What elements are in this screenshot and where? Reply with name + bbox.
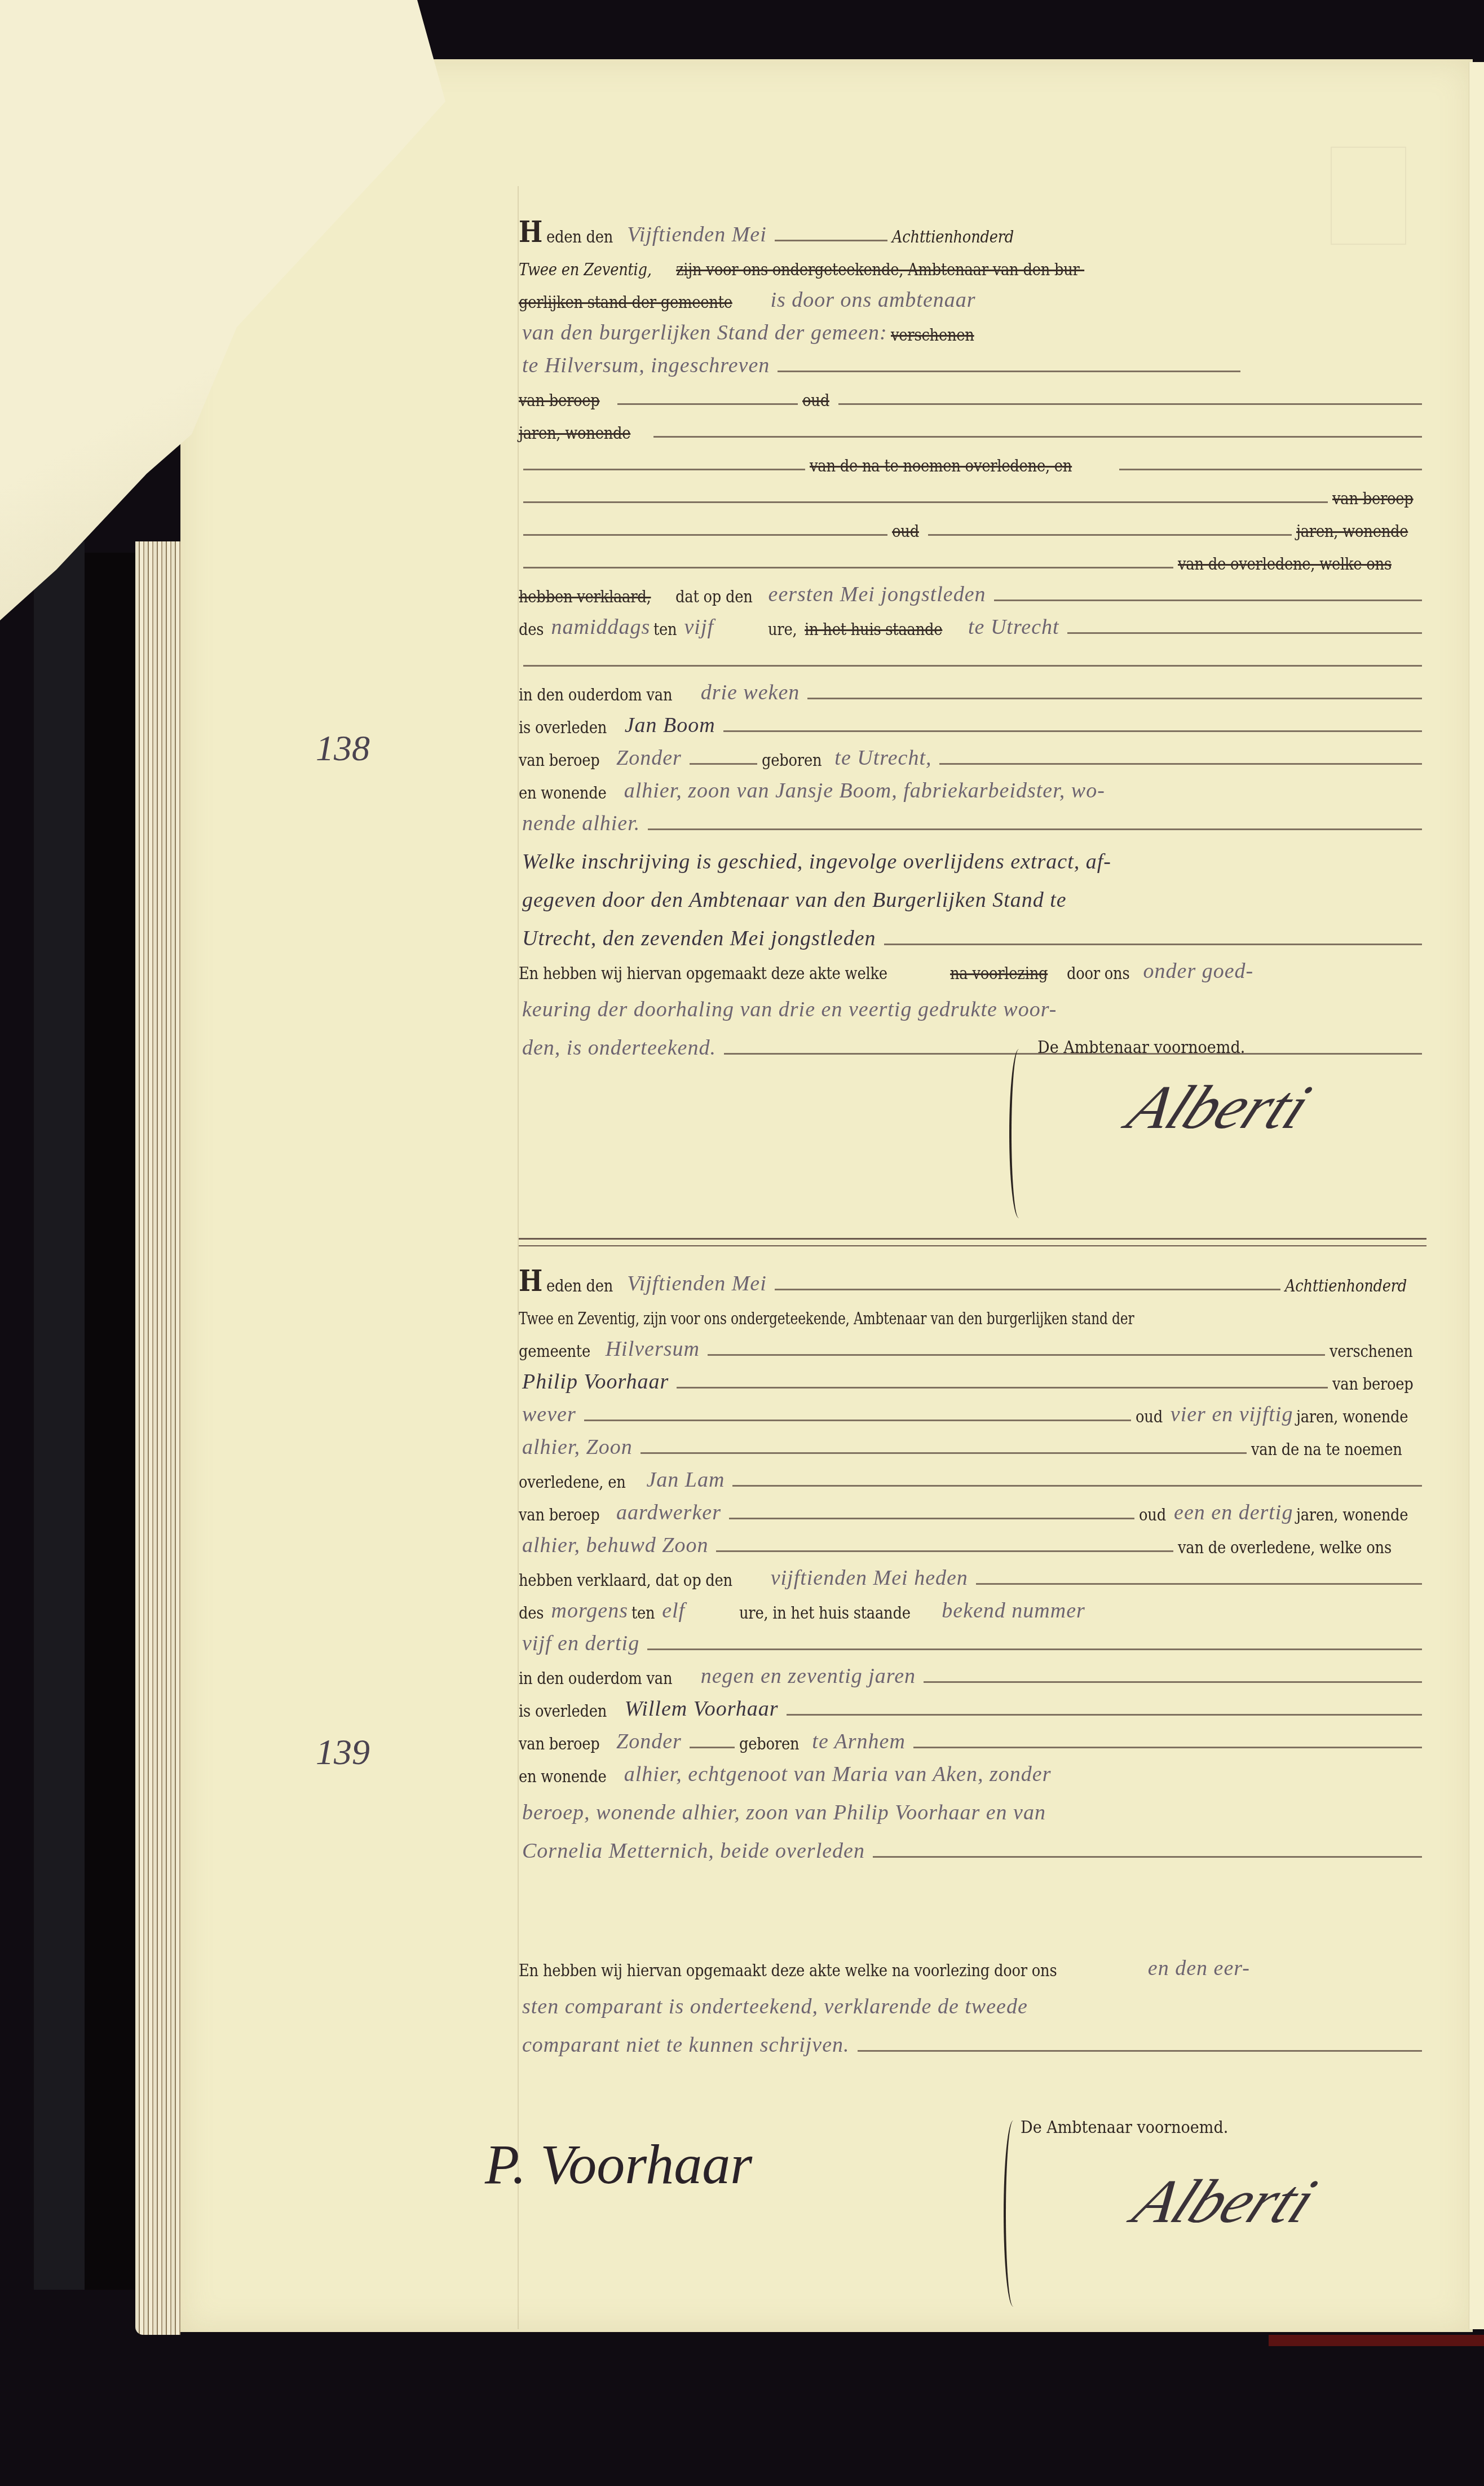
- book-spine-cloth: [34, 541, 85, 2290]
- r138-line23: En hebben wij hiervan opgemaakt deze akt…: [519, 951, 1426, 984]
- fill-rule: [677, 1387, 1328, 1389]
- printed-text: door ons: [1067, 964, 1129, 984]
- fill-rule: [647, 1648, 1422, 1650]
- handwritten-occupation: Zonder: [616, 1729, 682, 1754]
- fill-rule: [976, 1583, 1422, 1585]
- printed-text: Twee en Zeventig, zijn voor ons onderget…: [519, 1309, 1134, 1329]
- initial-h: H: [519, 1267, 542, 1296]
- fill-rule: [807, 698, 1422, 699]
- r139-line13: in den ouderdom van negen en zeventig ja…: [519, 1656, 1426, 1689]
- struck-text: van beroep: [519, 391, 600, 411]
- handwritten-time: elf: [662, 1598, 685, 1623]
- fill-rule: [648, 828, 1422, 830]
- printed-text: ure,: [768, 620, 797, 640]
- r138-line15: in den ouderdom van drie weken: [519, 672, 1426, 705]
- r138-line10: oud jaren, wonende: [519, 509, 1426, 541]
- fill-rule: [913, 1747, 1422, 1748]
- handwritten-text: Cornelia Metternich, beide overleden: [522, 1839, 865, 1863]
- r139-line2: Twee en Zeventig, zijn voor ons onderget…: [519, 1296, 1426, 1329]
- r139-line3: gemeente Hilversum verschenen: [519, 1329, 1426, 1361]
- handwritten-text: den, is onderteekend.: [522, 1035, 716, 1060]
- fill-rule: [732, 1485, 1422, 1487]
- handwritten-age: vier en vijftig: [1171, 1402, 1293, 1427]
- r139-line5: wever oud vier en vijftig jaren, wonende: [519, 1394, 1426, 1427]
- handwritten-occupation: aardwerker: [616, 1500, 721, 1525]
- fill-rule: [653, 436, 1422, 438]
- fill-rule: [884, 944, 1422, 945]
- r139-line1: H eden den Vijftienden Mei Achttienhonde…: [519, 1263, 1426, 1296]
- r138-line5: te Hilversum, ingeschreven: [519, 345, 1426, 378]
- handwritten-text: Welke inschrijving is geschied, ingevolg…: [522, 849, 1111, 874]
- printed-text: Achttienhonderd: [892, 227, 1014, 247]
- struck-text: van beroep: [1332, 489, 1414, 509]
- r139-line18: Cornelia Metternich, beide overleden: [519, 1825, 1426, 1863]
- fill-rule: [858, 2050, 1422, 2052]
- r139-line16: en wonende alhier, echtgenoot van Maria …: [519, 1754, 1426, 1787]
- printed-text: eden den: [546, 1276, 613, 1296]
- printed-text: van beroep: [519, 1734, 600, 1754]
- struck-text: jaren, wonende: [1296, 522, 1408, 541]
- printed-text: is overleden: [519, 718, 607, 738]
- struck-text: oud: [802, 391, 829, 411]
- fill-rule: [778, 371, 1240, 372]
- printed-text: ure, in het huis staande: [739, 1603, 911, 1623]
- fill-rule: [787, 1714, 1422, 1716]
- handwritten-text: Utrecht, den zevenden Mei jongstleden: [522, 926, 876, 951]
- handwritten-text: alhier, Zoon: [522, 1435, 633, 1460]
- handwritten-text: is door ons ambtenaar: [770, 288, 975, 312]
- r139-line21: comparant niet te kunnen schrijven.: [519, 2019, 1426, 2057]
- printed-text: van beroep: [1332, 1374, 1414, 1394]
- printed-text: geboren: [762, 751, 821, 770]
- handwritten-date: eersten Mei jongstleden: [768, 582, 986, 607]
- r138-line19: nende alhier.: [519, 803, 1426, 836]
- fill-rule: [775, 1289, 1280, 1290]
- struck-text: van de overledene, welke ons: [1178, 554, 1392, 574]
- handwritten-declarant-name: Jan Lam: [646, 1467, 725, 1492]
- printed-text: jaren, wonende: [1296, 1407, 1408, 1427]
- struck-text: oud: [892, 522, 919, 541]
- fill-rule: [641, 1452, 1247, 1454]
- printed-text: ten: [653, 620, 677, 640]
- printed-text: van de na te noemen: [1251, 1440, 1402, 1460]
- r138-line9: van beroep: [519, 476, 1426, 509]
- r138-line21: gegeven door den Ambtenaar van den Burge…: [519, 874, 1426, 913]
- handwritten-age: negen en zeventig jaren: [701, 1664, 916, 1689]
- struck-text: van de na te noemen overledene, en: [810, 456, 1072, 476]
- printed-text: in den ouderdom van: [519, 1669, 672, 1689]
- handwritten-text: en den eer-: [1148, 1956, 1250, 1981]
- handwritten-age: drie weken: [701, 680, 800, 705]
- handwritten-address: bekend nummer: [942, 1598, 1085, 1623]
- r139-line9: alhier, behuwd Zoon van de overledene, w…: [519, 1525, 1426, 1558]
- r139-line11: des morgens ten elf ure, in het huis sta…: [519, 1590, 1426, 1623]
- fill-rule: [584, 1420, 1131, 1421]
- handwritten-text: gegeven door den Ambtenaar van den Burge…: [522, 888, 1067, 913]
- printed-text: van beroep: [519, 1505, 600, 1525]
- handwritten-time: vijf: [684, 615, 714, 640]
- handwritten-place: te Utrecht: [968, 615, 1059, 640]
- record-divider: [519, 1238, 1426, 1246]
- fill-rule: [708, 1354, 1325, 1356]
- official-signature: Alberti: [1122, 2166, 1328, 2237]
- handwritten-occupation: Zonder: [616, 746, 682, 770]
- handwritten-text: beroep, wonende alhier, zoon van Philip …: [522, 1800, 1046, 1825]
- r139-line12: vijf en dertig: [519, 1623, 1426, 1656]
- handwritten-text: alhier, behuwd Zoon: [522, 1533, 708, 1558]
- printed-text: Twee en Zeventig,: [519, 260, 652, 280]
- fill-rule: [873, 1856, 1422, 1858]
- r138-line13: des namiddags ten vijf ure, in het huis …: [519, 607, 1426, 640]
- handwritten-text: onder goed-: [1143, 959, 1254, 984]
- r138-line18: en wonende alhier, zoon van Jansje Boom,…: [519, 770, 1426, 803]
- handwritten-birthplace: te Utrecht,: [834, 746, 931, 770]
- record-number-139: 139: [316, 1731, 370, 1773]
- fill-rule: [523, 665, 1422, 667]
- r138-line17: van beroep Zonder geboren te Utrecht,: [519, 738, 1426, 770]
- initial-h: H: [519, 218, 542, 247]
- printed-text: overledene, en: [519, 1473, 626, 1492]
- r138-line1: H eden den Vijftienden Mei Achttienhonde…: [519, 214, 1426, 247]
- r138-line12: hebben verklaard, dat op den eersten Mei…: [519, 574, 1426, 607]
- r138-line25: den, is onderteekend.: [519, 1022, 1426, 1060]
- printed-text: des: [519, 1603, 544, 1623]
- handwritten-date: Vijftienden Mei: [627, 222, 767, 247]
- handwritten-text: namiddags: [551, 615, 650, 640]
- handwritten-text: nende alhier.: [522, 811, 640, 836]
- handwritten-text: keuring der doorhaling van drie en veert…: [522, 997, 1057, 1022]
- r138-line6: van beroep oud: [519, 378, 1426, 411]
- printed-text: verschenen: [1330, 1342, 1413, 1361]
- handwritten-deceased-name: Jan Boom: [625, 713, 715, 738]
- fill-rule: [729, 1518, 1134, 1519]
- printed-text: van beroep: [519, 751, 600, 770]
- printed-text: En hebben wij hiervan opgemaakt deze akt…: [519, 964, 887, 984]
- printed-text: in den ouderdom van: [519, 685, 672, 705]
- struck-text: gerlijken stand der gemeente: [519, 293, 732, 312]
- struck-text: zijn voor ons ondergeteekende, Ambtenaar…: [676, 260, 1084, 280]
- fill-rule: [838, 403, 1422, 405]
- struck-text: jaren, wonende: [519, 424, 630, 443]
- fill-rule: [928, 534, 1292, 536]
- r138-line14: [519, 640, 1426, 672]
- printed-text: ten: [631, 1603, 655, 1623]
- handwritten-age: een en dertig: [1174, 1500, 1293, 1525]
- r139-line15: van beroep Zonder geboren te Arnhem: [519, 1721, 1426, 1754]
- fill-rule: [523, 567, 1173, 568]
- r138-line24: keuring der doorhaling van drie en veert…: [519, 984, 1426, 1022]
- handwritten-declarant-name: Philip Voorhaar: [522, 1369, 669, 1394]
- official-signature-label: De Ambtenaar voornoemd.: [1037, 1038, 1245, 1057]
- printed-text: gemeente: [519, 1342, 590, 1361]
- official-signature-label: De Ambtenaar voornoemd.: [1021, 2118, 1228, 2137]
- handwritten-municipality: Hilversum: [606, 1337, 700, 1361]
- printed-text: des: [519, 620, 544, 640]
- struck-text: in het huis staande: [805, 620, 942, 640]
- printed-text: En hebben wij hiervan opgemaakt deze akt…: [519, 1961, 1057, 1981]
- signature-brace: [1009, 1049, 1028, 1218]
- struck-text: verschenen: [891, 325, 974, 345]
- r139-line19: En hebben wij hiervan opgemaakt deze akt…: [519, 1948, 1426, 1981]
- r139-line14: is overleden Willem Voorhaar: [519, 1689, 1426, 1721]
- fill-rule: [523, 469, 805, 470]
- fill-rule: [723, 730, 1422, 732]
- signature-brace: [1004, 2121, 1023, 2307]
- fill-rule: [523, 501, 1328, 503]
- handwritten-text: te Hilversum, ingeschreven: [522, 353, 770, 378]
- fill-rule: [690, 1747, 735, 1748]
- r138-line3: gerlijken stand der gemeente is door ons…: [519, 280, 1426, 312]
- r139-line7: overledene, en Jan Lam: [519, 1460, 1426, 1492]
- handwritten-address: vijf en dertig: [522, 1631, 639, 1656]
- handwritten-birthplace: te Arnhem: [812, 1729, 906, 1754]
- handwritten-date: vijftienden Mei heden: [771, 1566, 968, 1590]
- handwritten-text: alhier, echtgenoot van Maria van Aken, z…: [624, 1762, 1052, 1787]
- printed-text: geboren: [739, 1734, 799, 1754]
- page-stack-edge: [135, 541, 180, 2335]
- r139-line8: van beroep aardwerker oud een en dertig …: [519, 1492, 1426, 1525]
- witness-signature: P. Voorhaar: [485, 2132, 752, 2197]
- r138-line11: van de overledene, welke ons: [519, 541, 1426, 574]
- fill-rule: [617, 403, 798, 405]
- fill-rule: [523, 534, 887, 536]
- r138-line16: is overleden Jan Boom: [519, 705, 1426, 738]
- fill-rule: [716, 1550, 1173, 1552]
- r139-line17: beroep, wonende alhier, zoon van Philip …: [519, 1787, 1426, 1825]
- printed-text: en wonende: [519, 1767, 606, 1787]
- handwritten-text: van den burgerlijken Stand der gemeen:: [522, 320, 887, 345]
- record-139: H eden den Vijftienden Mei Achttienhonde…: [519, 1263, 1426, 2057]
- printed-text: hebben verklaard, dat op den: [519, 1571, 732, 1590]
- struck-text: hebben verklaard,: [519, 587, 651, 607]
- fill-rule: [775, 240, 887, 241]
- printed-text: en wonende: [519, 783, 606, 803]
- r138-line7: jaren, wonende: [519, 411, 1426, 443]
- r138-line2: Twee en Zeventig, zijn voor ons onderget…: [519, 247, 1426, 280]
- r139-line6: alhier, Zoon van de na te noemen: [519, 1427, 1426, 1460]
- printed-text: oud: [1136, 1407, 1163, 1427]
- handwritten-text: comparant niet te kunnen schrijven.: [522, 2033, 850, 2057]
- printed-text: is overleden: [519, 1702, 607, 1721]
- page-edge-right: [1469, 62, 1484, 2329]
- r139-line4: Philip Voorhaar van beroep: [519, 1361, 1426, 1394]
- r138-line20: Welke inschrijving is geschied, ingevolg…: [519, 836, 1426, 874]
- handwritten-date: Vijftienden Mei: [627, 1271, 767, 1296]
- printed-text: dat op den: [675, 587, 753, 607]
- fill-rule: [939, 763, 1422, 765]
- struck-text: na voorlezing: [950, 964, 1048, 984]
- fill-rule: [994, 600, 1422, 601]
- fill-rule: [1119, 469, 1422, 470]
- fill-rule: [1067, 632, 1422, 634]
- handwritten-text: alhier, zoon van Jansje Boom, fabriekarb…: [624, 778, 1105, 803]
- handwritten-occupation: wever: [522, 1402, 576, 1427]
- official-signature: Alberti: [1116, 1072, 1322, 1143]
- fill-rule: [690, 763, 757, 765]
- record-138: H eden den Vijftienden Mei Achttienhonde…: [519, 214, 1426, 1060]
- r139-line10: hebben verklaard, dat op den vijftienden…: [519, 1558, 1426, 1590]
- printed-text: jaren, wonende: [1296, 1505, 1408, 1525]
- r138-line8: van de na te noemen overledene, en: [519, 443, 1426, 476]
- record-number-138: 138: [316, 728, 370, 769]
- r139-line20: sten comparant is onderteekend, verklare…: [519, 1981, 1426, 2019]
- r138-line22: Utrecht, den zevenden Mei jongstleden: [519, 913, 1426, 951]
- handwritten-text: morgens: [551, 1598, 628, 1623]
- handwritten-deceased-name: Willem Voorhaar: [625, 1696, 779, 1721]
- red-cloth-bottom: [1269, 2335, 1484, 2346]
- printed-text: van de overledene, welke ons: [1178, 1538, 1392, 1558]
- printed-text: eden den: [546, 227, 613, 247]
- handwritten-text: sten comparant is onderteekend, verklare…: [522, 1994, 1028, 2019]
- fill-rule: [924, 1681, 1422, 1683]
- printed-text: Achttienhonderd: [1285, 1276, 1407, 1296]
- r138-line4: van den burgerlijken Stand der gemeen: v…: [519, 312, 1426, 345]
- printed-text: oud: [1139, 1505, 1166, 1525]
